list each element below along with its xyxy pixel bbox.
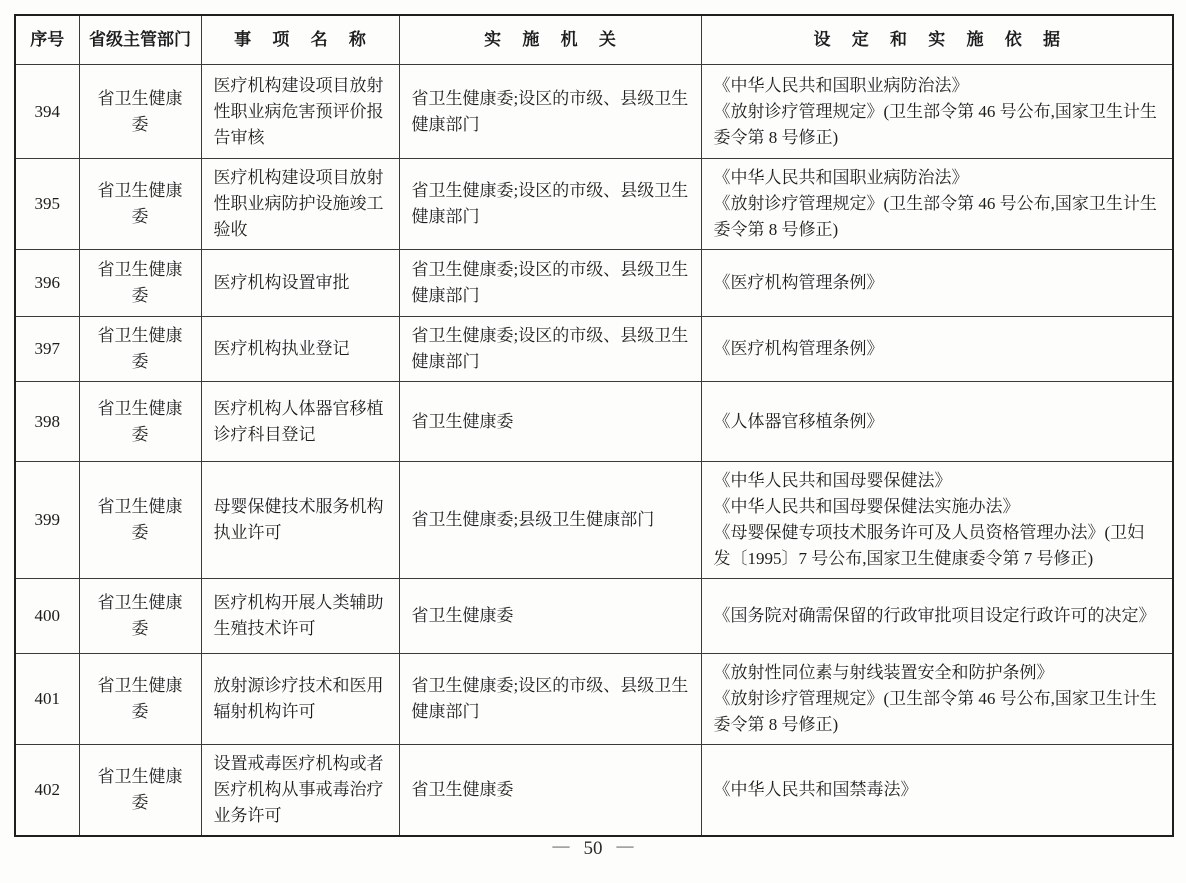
header-item-name: 事项名称 [201,15,399,65]
agency-cell: 省卫生健康委 [399,382,701,462]
header-department-label: 省级主管部门 [89,30,191,49]
item-name-cell: 医疗机构设置审批 [201,250,399,317]
basis-line: 《国务院对确需保留的行政审批项目设定行政许可的决定》 [714,603,1161,629]
basis-line: 《医疗机构管理条例》 [714,270,1161,296]
basis-line: 《中华人民共和国职业病防治法》 [714,165,1161,191]
basis-line: 《母婴保健专项技术服务许可及人员资格管理办法》(卫妇发〔1995〕7 号公布,国… [714,520,1161,572]
item-name-cell: 医疗机构建设项目放射性职业病防护设施竣工验收 [201,159,399,250]
seq-cell: 397 [15,317,79,382]
seq-cell: 402 [15,745,79,837]
table-row: 399 省卫生健康委 母婴保健技术服务机构执业许可 省卫生健康委;县级卫生健康部… [15,462,1173,579]
item-name-cell: 医疗机构执业登记 [201,317,399,382]
seq-cell: 395 [15,159,79,250]
agency-cell: 省卫生健康委;设区的市级、县级卫生健康部门 [399,65,701,159]
basis-line: 《中华人民共和国母婴保健法实施办法》 [714,494,1161,520]
table-row: 395 省卫生健康委 医疗机构建设项目放射性职业病防护设施竣工验收 省卫生健康委… [15,159,1173,250]
dept-cell: 省卫生健康委 [79,462,201,579]
item-name-cell: 医疗机构建设项目放射性职业病危害预评价报告审核 [201,65,399,159]
footer-right-dash: — [617,836,634,855]
item-name-cell: 医疗机构人体器官移植诊疗科目登记 [201,382,399,462]
dept-cell: 省卫生健康委 [79,159,201,250]
basis-cell: 《医疗机构管理条例》 [701,250,1173,317]
dept-cell: 省卫生健康委 [79,382,201,462]
table-row: 397 省卫生健康委 医疗机构执业登记 省卫生健康委;设区的市级、县级卫生健康部… [15,317,1173,382]
header-basis-label: 设定和实施依据 [814,30,1082,49]
basis-cell: 《国务院对确需保留的行政审批项目设定行政许可的决定》 [701,579,1173,654]
seq-cell: 394 [15,65,79,159]
header-agency: 实施机关 [399,15,701,65]
basis-cell: 《中华人民共和国职业病防治法》《放射诊疗管理规定》(卫生部令第 46 号公布,国… [701,159,1173,250]
item-name-cell: 母婴保健技术服务机构执业许可 [201,462,399,579]
table-row: 394 省卫生健康委 医疗机构建设项目放射性职业病危害预评价报告审核 省卫生健康… [15,65,1173,159]
agency-cell: 省卫生健康委;设区的市级、县级卫生健康部门 [399,159,701,250]
header-basis: 设定和实施依据 [701,15,1173,65]
basis-line: 《中华人民共和国母婴保健法》 [714,468,1161,494]
header-item-name-label: 事项名称 [234,30,387,49]
header-department: 省级主管部门 [79,15,201,65]
basis-line: 《中华人民共和国禁毒法》 [714,777,1161,803]
seq-cell: 396 [15,250,79,317]
header-row: 序号 省级主管部门 事项名称 实施机关 设定和实施依据 [15,15,1173,65]
seq-cell: 398 [15,382,79,462]
dept-cell: 省卫生健康委 [79,317,201,382]
dept-cell: 省卫生健康委 [79,65,201,159]
item-name-cell: 放射源诊疗技术和医用辐射机构许可 [201,654,399,745]
basis-line: 《放射诊疗管理规定》(卫生部令第 46 号公布,国家卫生计生委令第 8 号修正) [714,191,1161,243]
page-number: 50 [584,838,603,859]
basis-line: 《放射诊疗管理规定》(卫生部令第 46 号公布,国家卫生计生委令第 8 号修正) [714,99,1161,151]
basis-cell: 《医疗机构管理条例》 [701,317,1173,382]
agency-cell: 省卫生健康委;设区的市级、县级卫生健康部门 [399,317,701,382]
document-page: 序号 省级主管部门 事项名称 实施机关 设定和实施依据 394 省卫生健康委 医… [0,0,1186,883]
basis-line: 《医疗机构管理条例》 [714,336,1161,362]
basis-line: 《放射性同位素与射线装置安全和防护条例》 [714,660,1161,686]
dept-cell: 省卫生健康委 [79,654,201,745]
seq-cell: 400 [15,579,79,654]
table-row: 398 省卫生健康委 医疗机构人体器官移植诊疗科目登记 省卫生健康委 《人体器官… [15,382,1173,462]
basis-cell: 《人体器官移植条例》 [701,382,1173,462]
agency-cell: 省卫生健康委;设区的市级、县级卫生健康部门 [399,654,701,745]
item-name-cell: 医疗机构开展人类辅助生殖技术许可 [201,579,399,654]
seq-cell: 399 [15,462,79,579]
licensing-items-table: 序号 省级主管部门 事项名称 实施机关 设定和实施依据 394 省卫生健康委 医… [14,14,1174,837]
table-row: 402 省卫生健康委 设置戒毒医疗机构或者医疗机构从事戒毒治疗业务许可 省卫生健… [15,745,1173,837]
agency-cell: 省卫生健康委;县级卫生健康部门 [399,462,701,579]
table-body: 394 省卫生健康委 医疗机构建设项目放射性职业病危害预评价报告审核 省卫生健康… [15,65,1173,837]
item-name-cell: 设置戒毒医疗机构或者医疗机构从事戒毒治疗业务许可 [201,745,399,837]
seq-cell: 401 [15,654,79,745]
footer-left-dash: — [553,836,570,855]
basis-cell: 《中华人民共和国母婴保健法》《中华人民共和国母婴保健法实施办法》《母婴保健专项技… [701,462,1173,579]
basis-line: 《放射诊疗管理规定》(卫生部令第 46 号公布,国家卫生计生委令第 8 号修正) [714,686,1161,738]
basis-cell: 《中华人民共和国禁毒法》 [701,745,1173,837]
header-seq-label: 序号 [30,30,64,49]
basis-cell: 《放射性同位素与射线装置安全和防护条例》《放射诊疗管理规定》(卫生部令第 46 … [701,654,1173,745]
basis-line: 《人体器官移植条例》 [714,409,1161,435]
header-agency-label: 实施机关 [484,30,637,49]
page-footer: —50— [0,838,1186,860]
dept-cell: 省卫生健康委 [79,250,201,317]
basis-line: 《中华人民共和国职业病防治法》 [714,73,1161,99]
basis-cell: 《中华人民共和国职业病防治法》《放射诊疗管理规定》(卫生部令第 46 号公布,国… [701,65,1173,159]
table-row: 396 省卫生健康委 医疗机构设置审批 省卫生健康委;设区的市级、县级卫生健康部… [15,250,1173,317]
table-header: 序号 省级主管部门 事项名称 实施机关 设定和实施依据 [15,15,1173,65]
table-row: 400 省卫生健康委 医疗机构开展人类辅助生殖技术许可 省卫生健康委 《国务院对… [15,579,1173,654]
header-seq: 序号 [15,15,79,65]
table-row: 401 省卫生健康委 放射源诊疗技术和医用辐射机构许可 省卫生健康委;设区的市级… [15,654,1173,745]
agency-cell: 省卫生健康委 [399,745,701,837]
agency-cell: 省卫生健康委 [399,579,701,654]
dept-cell: 省卫生健康委 [79,745,201,837]
dept-cell: 省卫生健康委 [79,579,201,654]
agency-cell: 省卫生健康委;设区的市级、县级卫生健康部门 [399,250,701,317]
